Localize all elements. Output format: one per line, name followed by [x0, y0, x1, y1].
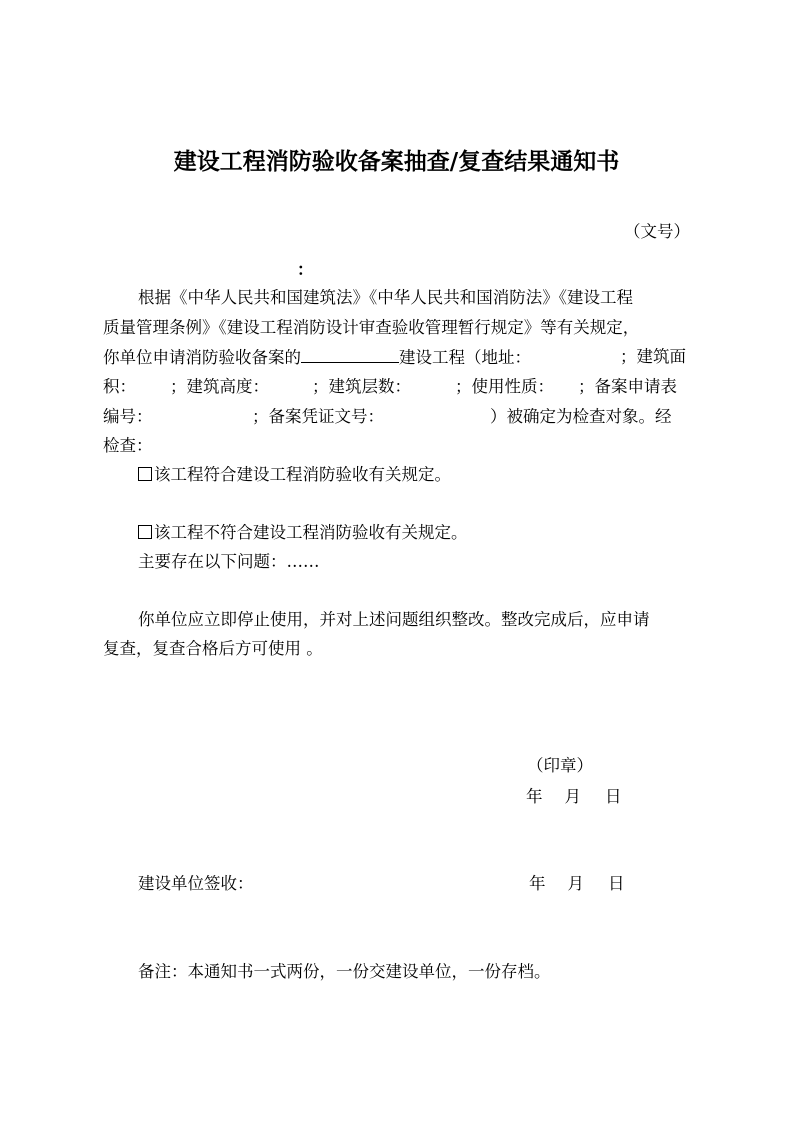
- issue-date: 年月日: [526, 787, 622, 807]
- form-number-label: 编号：: [103, 407, 153, 427]
- paragraph1-line1: 根据《中华人民共和国建筑法》《中华人民共和国消防法》《建设工程: [138, 288, 633, 308]
- project-name-blank[interactable]: [301, 347, 399, 363]
- paragraph2-line2: 复查，复查合格后方可使用 。: [103, 639, 323, 659]
- building-area-label-start: ；建筑面: [620, 347, 686, 367]
- usage-label: ；使用性质：: [455, 377, 554, 397]
- inspection-label: 检查：: [103, 436, 153, 456]
- signoff-date-day: 日: [608, 874, 625, 893]
- issue-date-month: 月: [565, 787, 582, 806]
- inspection-object-text: ）被确定为检查对象。经: [490, 407, 672, 427]
- signoff-date-month: 月: [568, 874, 585, 893]
- option-compliant[interactable]: 该工程符合建设工程消防验收有关规定。: [138, 465, 451, 485]
- checkbox-compliant[interactable]: [138, 467, 152, 481]
- doc-number-label: （文号）: [624, 222, 690, 242]
- problems-label: 主要存在以下问题：……: [138, 552, 320, 572]
- option-noncompliant-label: 该工程不符合建设工程消防验收有关规定。: [154, 523, 468, 542]
- paragraph1-line3: 你单位申请消防验收备案的建设工程（地址：: [103, 347, 531, 368]
- issue-date-day: 日: [605, 787, 622, 806]
- paragraph2-line1: 你单位应立即停止使用，并对上述问题组织整改。整改完成后，应申请: [138, 610, 650, 630]
- building-floors-label: ；建筑层数：: [312, 377, 411, 397]
- footnote: 备注：本通知书一式两份，一份交建设单位，一份存档。: [138, 962, 551, 982]
- option-noncompliant[interactable]: 该工程不符合建设工程消防验收有关规定。: [138, 523, 468, 543]
- signoff-date: 年月日: [529, 874, 625, 894]
- option-compliant-label: 该工程符合建设工程消防验收有关规定。: [154, 465, 451, 484]
- application-form-label: ；备案申请表: [578, 377, 677, 397]
- filing-certificate-label: ；备案凭证文号：: [252, 407, 384, 427]
- addressee-colon: ：: [297, 260, 314, 280]
- issue-date-year: 年: [526, 787, 543, 806]
- application-text: 你单位申请消防验收备案的: [103, 348, 301, 367]
- signoff-label: 建设单位签收：: [138, 874, 254, 894]
- seal-label: （印章）: [527, 756, 593, 776]
- paragraph1-line2: 质量管理条例》《建设工程消防设计审查验收管理暂行规定》等有关规定，: [103, 318, 639, 338]
- signoff-date-year: 年: [529, 874, 546, 893]
- building-height-label: ；建筑高度：: [170, 377, 269, 397]
- area-label: 积：: [103, 377, 136, 397]
- project-address-label: 建设工程（地址：: [399, 348, 531, 367]
- checkbox-noncompliant[interactable]: [138, 525, 152, 539]
- document-title: 建设工程消防验收备案抽查/复查结果通知书: [0, 143, 793, 176]
